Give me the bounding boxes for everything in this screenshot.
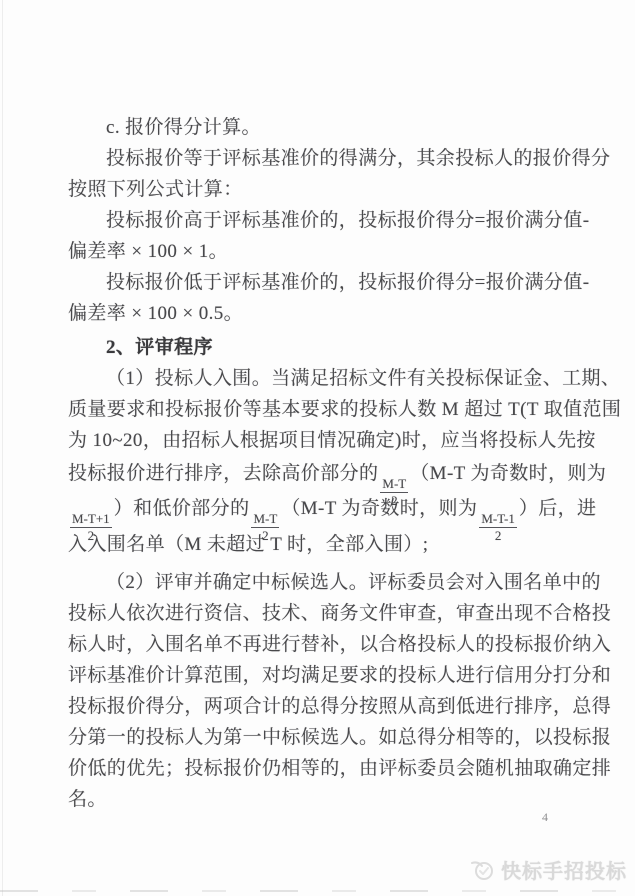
page-number: 4 — [542, 810, 548, 825]
doc-text-segment: ）和低价部分的 — [114, 498, 250, 519]
fraction: M-T-12 — [479, 512, 516, 544]
doc-line: 标人时，入围名单不再进行替补，以合格投标人的投标报价纳入 — [68, 629, 568, 660]
doc-line: 投标人依次进行资信、技术、商务文件审查，审查出现不合格投 — [68, 598, 568, 629]
doc-line: 投标报价等于评标基准价的得满分，其余投标人的报价得分 — [68, 143, 568, 174]
scan-edge-bottom — [0, 890, 635, 892]
fraction-denominator: 2 — [479, 528, 516, 543]
doc-line: 质量要求和投标报价等基本要求的投标人数 M 超过 T(T 取值范围 — [68, 394, 568, 425]
doc-line: 分第一的投标人为第一中标候选人。如总得分相等的，以投标报 — [68, 722, 568, 753]
document-body: c. 报价得分计算。 投标报价等于评标基准价的得满分，其余投标人的报价得分 按照… — [68, 112, 568, 815]
fraction-numerator: M-T+1 — [70, 512, 112, 528]
doc-line: 投标报价得分，两项合计的总得分按照从高到低进行排序，总得 — [68, 691, 568, 722]
fraction-numerator: M-T-1 — [479, 512, 516, 528]
doc-text-segment: （M-T 为奇数时，则为 — [410, 463, 606, 484]
doc-text-segment: ）后，进 — [519, 498, 597, 519]
watermark-label: 快标手招投标 — [501, 855, 627, 884]
doc-line-formula: 投标报价高于评标基准价的，投标报价得分=报价满分值- — [68, 205, 568, 236]
section-heading: 2、评审程序 — [68, 332, 568, 363]
fraction-numerator: M-T — [251, 512, 279, 528]
doc-line: 价低的优先；投标报价仍相等的，由评标委员会随机抽取确定排 — [68, 753, 568, 784]
doc-line: 名。 — [68, 784, 568, 815]
doc-line-formula: 偏差率 × 100 × 1。 — [68, 236, 568, 267]
doc-line: 按照下列公式计算： — [68, 174, 568, 205]
doc-text-segment: 投标报价进行排序，去除高价部分的 — [68, 463, 378, 484]
watermark: 快标手招投标 — [470, 855, 627, 884]
doc-text-segment: （M-T 为奇数时，则为 — [281, 498, 477, 519]
doc-line: （1）投标人入围。当满足招标文件有关投标保证金、工期、 — [68, 363, 568, 394]
doc-line: （2）评审并确定中标候选人。评标委员会对入围名单中的 — [68, 567, 568, 598]
doc-line-with-fraction: M-T+12）和低价部分的M-T2（M-T 为奇数时，则为M-T-12）后，进 — [68, 491, 568, 526]
doc-line-heading-c: c. 报价得分计算。 — [68, 112, 568, 143]
kuaibiaoshou-logo-icon — [470, 857, 496, 883]
document-page: c. 报价得分计算。 投标报价等于评标基准价的得满分，其余投标人的报价得分 按照… — [0, 0, 635, 896]
doc-line-formula: 偏差率 × 100 × 0.5。 — [68, 298, 568, 329]
scan-edge-left — [2, 0, 3, 896]
doc-line-with-fraction: 投标报价进行排序，去除高价部分的M-T2（M-T 为奇数时，则为 — [68, 456, 568, 491]
doc-line-formula: 投标报价低于评标基准价的，投标报价得分=报价满分值- — [68, 267, 568, 298]
doc-line: 为 10~20，由招标人根据项目情况确定)时，应当将投标人先按 — [68, 425, 568, 456]
doc-line: 评标基准价计算范围，对均满足要求的投标人进行信用分打分和 — [68, 660, 568, 691]
